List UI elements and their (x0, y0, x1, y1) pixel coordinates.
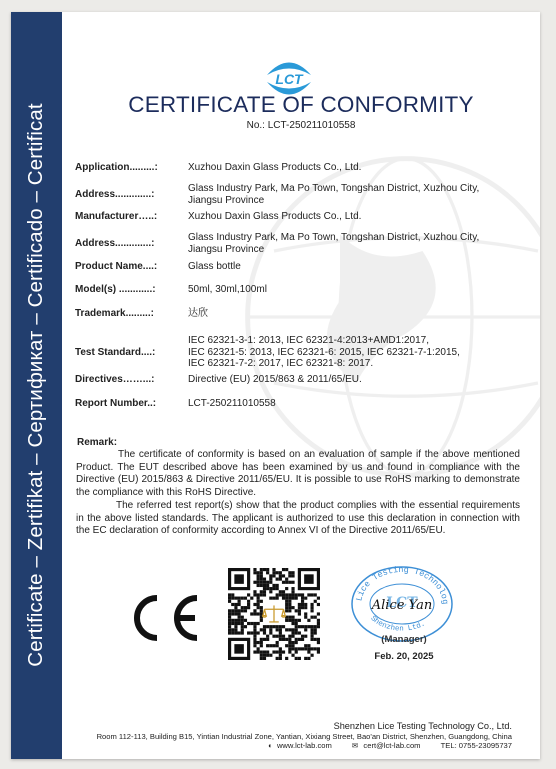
footer-email[interactable]: cert@lct-lab.com (363, 741, 420, 750)
field-value-line: Directive (EU) 2015/863 & 2011/65/EU. (188, 374, 528, 386)
field-value-line: IEC 62321-5: 2013, IEC 62321-6: 2015, IE… (188, 347, 528, 359)
ce-mark-icon (123, 593, 203, 643)
field-label: Manufacturer…..: (75, 211, 157, 222)
field-value: Xuzhou Daxin Glass Products Co., Ltd. (188, 162, 528, 174)
globe-icon: ◐ (268, 741, 273, 750)
field-value-line: IEC 62321-3-1: 2013, IEC 62321-4:2013+AM… (188, 335, 528, 347)
qr-code[interactable] (228, 568, 320, 660)
field-label: Application.........: (75, 162, 158, 173)
field-value-line: Glass Industry Park, Ma Po Town, Tongsha… (188, 232, 528, 244)
field-value-line: IEC 62321-7-2: 2017, IEC 62321-8: 2017. (188, 358, 528, 370)
side-band: Certificate – Zertifikat – Сертификат – … (11, 12, 62, 759)
svg-text:Alice Yan: Alice Yan (371, 598, 433, 613)
footer-tel: TEL: 0755-23095737 (441, 741, 512, 750)
field-label: Address.............: (75, 238, 154, 249)
footer-website[interactable]: www.lct-lab.com (277, 741, 332, 750)
field-value: Glass Industry Park, Ma Po Town, Tongsha… (188, 183, 528, 206)
certificate-number: No.: LCT-250211010558 (62, 120, 540, 131)
field-value: LCT-250211010558 (188, 398, 528, 410)
field-label: Model(s) ............: (75, 284, 156, 295)
svg-text:LCT: LCT (275, 71, 304, 87)
remark-heading: Remark: (77, 437, 117, 448)
field-label: Test Standard....: (75, 347, 155, 358)
field-label: Trademark.........: (75, 308, 154, 319)
field-value: IEC 62321-3-1: 2013, IEC 62321-4:2013+AM… (188, 335, 528, 370)
field-label: Address.............: (75, 189, 154, 200)
remark-paragraph: The referred test report(s) show that th… (76, 500, 520, 538)
field-value-line: Jiangsu Province (188, 244, 528, 256)
footer-company: Shenzhen Lice Testing Technology Co., Lt… (334, 721, 512, 731)
field-value: 50ml, 30ml,100ml (188, 284, 528, 296)
mail-icon: ✉ (352, 741, 358, 750)
certificate-title: CERTIFICATE OF CONFORMITY (62, 92, 540, 118)
certificate-page: Certificate – Zertifikat – Сертификат – … (11, 12, 540, 759)
remark-paragraph: The certificate of conformity is based o… (76, 449, 520, 500)
footer-contacts: ◐ www.lct-lab.com ✉ cert@lct-lab.com TEL… (250, 741, 512, 750)
issue-date: Feb. 20, 2025 (364, 651, 444, 662)
field-label: Directives……...: (75, 374, 154, 385)
side-band-text: Certificate – Zertifikat – Сертификат – … (24, 103, 48, 666)
field-label: Product Name....: (75, 261, 157, 272)
field-value-line: LCT-250211010558 (188, 398, 528, 410)
company-stamp: Lice Testing Technology Co. Shenzhen Ltd… (349, 565, 455, 643)
field-value: Xuzhou Daxin Glass Products Co., Ltd. (188, 211, 528, 223)
footer-address: Room 112-113, Building B15, Yintian Indu… (97, 732, 512, 741)
field-label: Report Number..: (75, 398, 156, 409)
field-value: Directive (EU) 2015/863 & 2011/65/EU. (188, 374, 528, 386)
field-value-line: Glass Industry Park, Ma Po Town, Tongsha… (188, 183, 528, 195)
field-value-line: 达欣 (188, 308, 528, 320)
field-value-line: 50ml, 30ml,100ml (188, 284, 528, 296)
field-value: Glass bottle (188, 261, 528, 273)
field-value: Glass Industry Park, Ma Po Town, Tongsha… (188, 232, 528, 255)
signer-role: (Manager) (364, 634, 444, 645)
field-value-line: Glass bottle (188, 261, 528, 273)
field-value-line: Jiangsu Province (188, 195, 528, 207)
field-value-line: Xuzhou Daxin Glass Products Co., Ltd. (188, 162, 528, 174)
field-value-line: Xuzhou Daxin Glass Products Co., Ltd. (188, 211, 528, 223)
remark-body: The certificate of conformity is based o… (76, 449, 520, 538)
field-value: 达欣 (188, 308, 528, 320)
